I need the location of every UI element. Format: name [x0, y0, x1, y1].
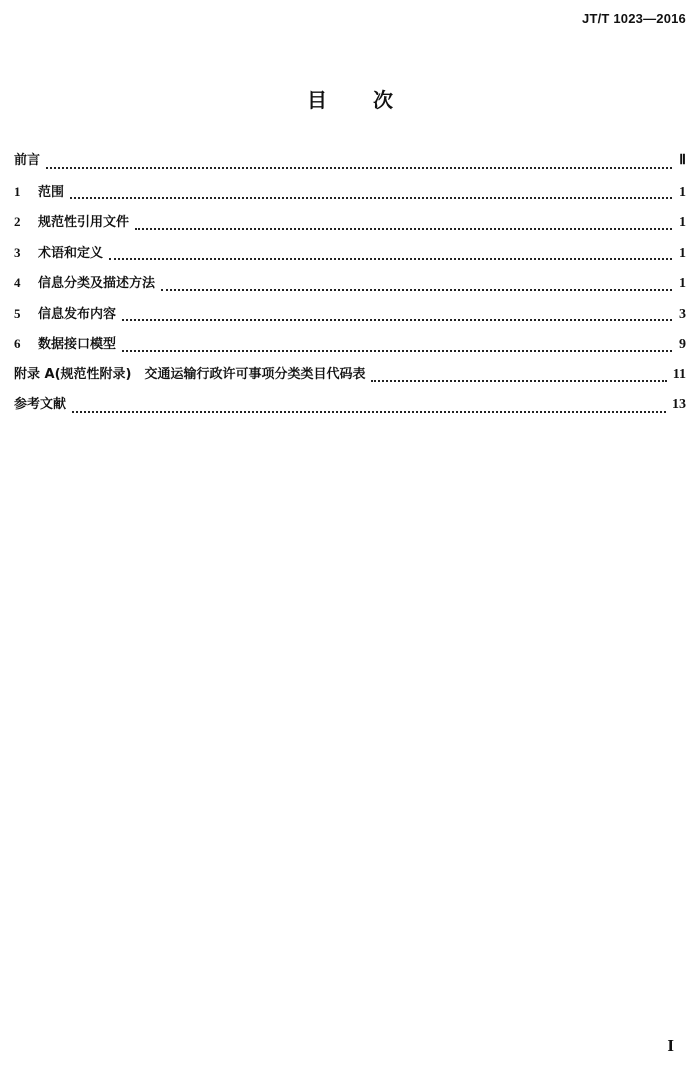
toc-page: 1: [678, 273, 686, 295]
toc-number: 6: [14, 333, 38, 355]
table-of-contents: 前言 Ⅱ 1 范围 1 2 规范性引用文件 1 3 术语和定义 1 4 信息分类…: [14, 150, 686, 425]
leader-dots: [72, 410, 666, 413]
toc-entry-appendix-a[interactable]: 附录 A(规范性附录) 交通运输行政许可事项分类类目代码表 11: [14, 364, 686, 395]
toc-entry-normative-references[interactable]: 2 规范性引用文件 1: [14, 211, 686, 242]
page-number: I: [667, 1036, 674, 1056]
leader-dots: [109, 257, 672, 260]
toc-entry-data-interface[interactable]: 6 数据接口模型 9: [14, 333, 686, 364]
toc-label: 附录 A(规范性附录) 交通运输行政许可事项分类类目代码表: [14, 364, 365, 386]
leader-dots: [135, 227, 672, 230]
toc-label: 术语和定义: [38, 243, 103, 265]
toc-page: 1: [678, 182, 686, 204]
toc-label: 前言: [14, 150, 40, 172]
title-char-1: 目: [307, 84, 327, 113]
standard-code: JT/T 1023—2016: [582, 11, 686, 26]
leader-dots: [70, 196, 672, 199]
toc-page: 3: [678, 304, 686, 326]
toc-label: 规范性引用文件: [38, 212, 129, 234]
leader-dots: [122, 318, 672, 321]
toc-entry-publish-content[interactable]: 5 信息发布内容 3: [14, 303, 686, 334]
toc-label: 信息分类及描述方法: [38, 273, 155, 295]
toc-entry-scope[interactable]: 1 范围 1: [14, 181, 686, 212]
toc-page: 1: [678, 212, 686, 234]
toc-number: 5: [14, 303, 38, 325]
toc-page: 9: [678, 334, 686, 356]
toc-number: 1: [14, 181, 38, 203]
toc-label: 参考文献: [14, 394, 66, 416]
toc-entry-bibliography[interactable]: 参考文献 13: [14, 394, 686, 425]
toc-entry-classification[interactable]: 4 信息分类及描述方法 1: [14, 272, 686, 303]
leader-dots: [122, 349, 672, 352]
toc-number: 4: [14, 272, 38, 294]
leader-dots: [371, 379, 666, 382]
toc-label: 数据接口模型: [38, 334, 116, 356]
toc-page: Ⅱ: [678, 150, 686, 172]
leader-dots: [161, 288, 672, 291]
toc-page: 13: [672, 394, 686, 416]
toc-entry-terms[interactable]: 3 术语和定义 1: [14, 242, 686, 273]
toc-page: 1: [678, 243, 686, 265]
toc-entry-foreword[interactable]: 前言 Ⅱ: [14, 150, 686, 181]
toc-page: 11: [673, 364, 686, 386]
page-title: 目次: [0, 84, 700, 113]
title-char-2: 次: [373, 84, 393, 113]
toc-number: 3: [14, 242, 38, 264]
toc-label: 信息发布内容: [38, 304, 116, 326]
leader-dots: [46, 166, 672, 169]
toc-label: 范围: [38, 182, 64, 204]
toc-number: 2: [14, 211, 38, 233]
